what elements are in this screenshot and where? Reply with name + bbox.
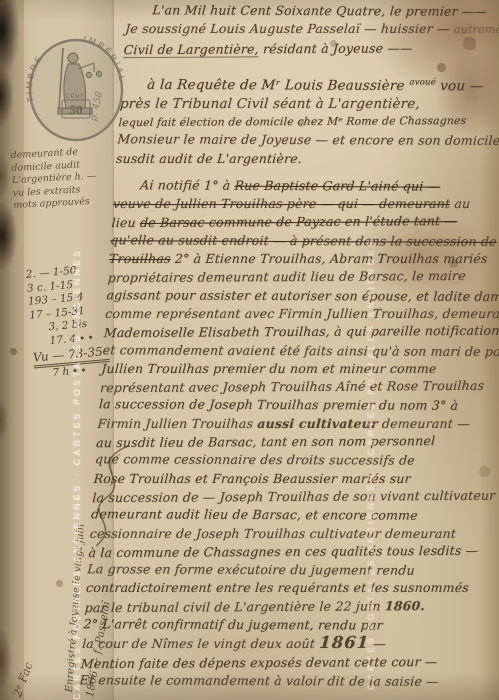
- text-segment: résidant à Joyeuse ——: [258, 40, 413, 56]
- text-segment: et commandement avaient été faits ainsi …: [102, 342, 499, 359]
- text-segment: à la Requête de Mʳ Louis Beaussière: [147, 77, 410, 94]
- manuscript-line: susdit audit de L'argentière.: [115, 150, 486, 168]
- stamp-cent-label: CENT.: [66, 94, 87, 100]
- text-segment: la succession de — Joseph Trouilhas de s…: [92, 488, 496, 505]
- manuscript-line: Ai notifié 1° à Rue Baptiste Gard L'ainé…: [114, 176, 485, 196]
- manuscript-line: Mademoiselle Elisabeth Trouilhas, à qui …: [103, 322, 474, 343]
- text-segment: par le tribunal civil de L'argentière le…: [84, 598, 385, 615]
- text-segment: susdit audit de L'argentière.: [116, 151, 303, 166]
- text-segment: demeurant audit lieu de Barsac, et encor…: [91, 506, 419, 522]
- text-segment: Rue Baptiste Gard L'ainé qui —: [234, 178, 441, 194]
- text-segment: Et ensuite le commandement à valoir dit …: [79, 672, 439, 689]
- manuscript-line: Et ensuite le commandement à valoir dit …: [79, 671, 450, 691]
- text-segment: Firmin Jullien Trouilhas: [97, 416, 258, 431]
- justice-seal-icon: TIMBRE IMPÉRIAL CENT. 50: [26, 36, 126, 144]
- text-segment: lieu: [111, 215, 140, 230]
- text-segment: comme représentant avec Firmin Jullien T…: [105, 306, 499, 321]
- text-segment: la cour de Nîmes le vingt deux août: [82, 636, 320, 651]
- manuscript-line: Monsieur le maire de Joyeuse — et encore…: [117, 130, 488, 150]
- text-segment: Mademoiselle Elisabeth Trouilhas, à qui …: [103, 323, 499, 340]
- manuscript-photo: TIMBRE IMPÉRIAL CENT. 50 L'an Mil huit C…: [0, 0, 499, 700]
- paragraph: à la Requête de Mʳ Louis Beaussière avou…: [115, 73, 492, 168]
- manuscript-line: Trouilhas 2° à Etienne Trouilhas, Abram …: [108, 250, 479, 268]
- text-segment: propriétaires demeurant audit lieu de Ba…: [107, 268, 466, 285]
- text-segment: 1860.: [384, 598, 425, 613]
- manuscript-line: à la Requête de Mʳ Louis Beaussière avou…: [121, 72, 493, 95]
- text-segment: avoué: [409, 77, 436, 87]
- text-segment: à la commune de Chassagnes en ces qualit…: [88, 543, 479, 560]
- manuscript-line: Mention faite des dépens exposés devant …: [80, 652, 451, 673]
- manuscript-line: la cour de Nîmes le vingt deux août 1861…: [81, 634, 452, 653]
- text-segment: aussi cultivateur: [257, 416, 379, 431]
- ink-stain-specks: [0, 0, 3, 3]
- manuscript-line: agissant pour assister et autoriser son …: [106, 286, 477, 306]
- manuscript-line: lequel fait élection de domicile chez Mᵉ…: [118, 112, 489, 133]
- text-segment: L'an Mil huit Cent Soixante Quatre, le p…: [152, 2, 488, 18]
- text-segment: lequel fait élection de domicile chez Mᵉ…: [118, 114, 467, 129]
- text-segment: 2° à Etienne Trouilhas, Abram Trouilhas …: [170, 251, 488, 266]
- text-segment: contradictoirement entre les requérants …: [86, 580, 470, 595]
- manuscript-line: 2° L'arrêt confirmatif du jugement, rend…: [83, 615, 454, 635]
- text-segment: Jullien Trouilhas premier du nom et mine…: [101, 361, 437, 376]
- margin-accounts: 2. — 1-503 c. 1-15193 – 15-417 – 15-313,…: [25, 260, 142, 382]
- paragraph: Ai notifié 1° à Rue Baptiste Gard L'ainé…: [79, 177, 485, 690]
- text-segment: Je soussigné Louis Auguste Passelaï — hu…: [125, 21, 455, 36]
- manuscript-line: demeurant audit lieu de Barsac, et encor…: [90, 505, 461, 525]
- manuscript-line: au susdit lieu de Barsac, tant en son no…: [96, 432, 467, 453]
- manuscript-line: propriétaires demeurant audit lieu de Ba…: [107, 267, 478, 288]
- text-segment: au: [450, 196, 471, 211]
- text-segment: que comme cessionnaire des droits succes…: [94, 452, 415, 468]
- text-segment: Ai notifié 1° à: [140, 177, 235, 192]
- text-segment: la succession de Joseph Trouilhas premie…: [98, 397, 458, 414]
- text-segment: au susdit lieu de Barsac, tant en son no…: [96, 433, 436, 450]
- text-segment: —: [369, 636, 387, 651]
- manuscript-line: veuve de Jullien Trouilhas père — qui — …: [112, 195, 483, 213]
- manuscript-line: qu'elle au susdit endroit — à présent da…: [110, 231, 481, 251]
- text-segment: 1861: [319, 633, 370, 652]
- stamp-value: 50: [70, 102, 83, 117]
- text-segment: qu'elle au susdit endroit — à présent da…: [110, 232, 497, 249]
- manuscript-line: Civil de Largentière, résidant à Joyeuse…: [123, 38, 494, 59]
- manuscript-line: Rose Trouilhas et François Beaussier mar…: [93, 470, 464, 488]
- text-segment: Monsieur le maire de Joyeuse — et encore…: [117, 131, 499, 148]
- manuscript-line: lieu de Barsac commune de Payzac en l'ét…: [111, 212, 482, 233]
- text-segment: Civil de Largentière,: [123, 41, 259, 58]
- manuscript-line: L'an Mil huit Cent Soixante Quatre, le p…: [126, 1, 497, 21]
- manuscript-line: par le tribunal civil de L'argentière le…: [84, 597, 455, 618]
- text-segment: veuve de Jullien Trouilhas père — qui — …: [112, 196, 450, 211]
- manuscript-line: à la commune de Chassagnes en ces qualit…: [88, 542, 459, 563]
- margin-note-under-stamp: demeurant dedomicile auditL'argentière h…: [10, 144, 129, 212]
- manuscript-line: La grosse en forme exécutoire du jugemen…: [87, 560, 458, 580]
- text-segment: Mention faite des dépens exposés devant …: [80, 654, 438, 671]
- manuscript-line: cessionnaire de Joseph Trouilhas cultiva…: [89, 525, 460, 543]
- text-segment: 2° L'arrêt confirmatif du jugement, rend…: [83, 616, 383, 632]
- text-segment: La grosse en forme exécutoire du jugemen…: [87, 561, 416, 577]
- manuscript-line: que comme cessionnaire des droits succes…: [94, 451, 465, 471]
- text-segment: cessionnaire de Joseph Trouilhas cultiva…: [89, 526, 456, 541]
- manuscript-line: la succession de — Joseph Trouilhas de s…: [92, 487, 463, 508]
- text-segment: représentant avec Joseph Trouilhas Aîné …: [100, 378, 485, 395]
- imperial-tax-stamp: TIMBRE IMPÉRIAL CENT. 50: [26, 36, 126, 144]
- manuscript-line: la succession de Joseph Trouilhas premie…: [98, 396, 469, 416]
- manuscript-line: comme représentant avec Firmin Jullien T…: [105, 305, 476, 323]
- text-segment: de Barsac commune de Payzac en l'étude t…: [139, 213, 457, 230]
- text-segment: autrement: [453, 23, 499, 36]
- bottom-corner-note: 2ᵉ Fac: [10, 660, 35, 699]
- text-segment: vou —: [435, 78, 484, 94]
- manuscript-line: et commandement avaient été faits ainsi …: [102, 341, 473, 361]
- paragraph: L'an Mil huit Cent Soixante Quatre, le p…: [123, 2, 497, 58]
- text-segment: près le Tribunal Civil séant à L'argenti…: [119, 96, 420, 112]
- manuscript-line: Firmin Jullien Trouilhas aussi cultivate…: [97, 415, 468, 433]
- handwritten-body: L'an Mil huit Cent Soixante Quatre, le p…: [79, 2, 497, 690]
- text-segment: demeurant —: [377, 416, 470, 431]
- manuscript-line: Jullien Trouilhas premier du nom et mine…: [101, 360, 472, 378]
- manuscript-line: contradictoirement entre les requérants …: [85, 579, 456, 597]
- text-segment: Rose Trouilhas et François Beaussier mar…: [93, 471, 411, 486]
- text-segment: agissant pour assister et autoriser son …: [106, 287, 499, 304]
- manuscript-line: près le Tribunal Civil séant à L'argenti…: [119, 95, 490, 113]
- manuscript-line: Je soussigné Louis Auguste Passelaï — hu…: [124, 20, 495, 39]
